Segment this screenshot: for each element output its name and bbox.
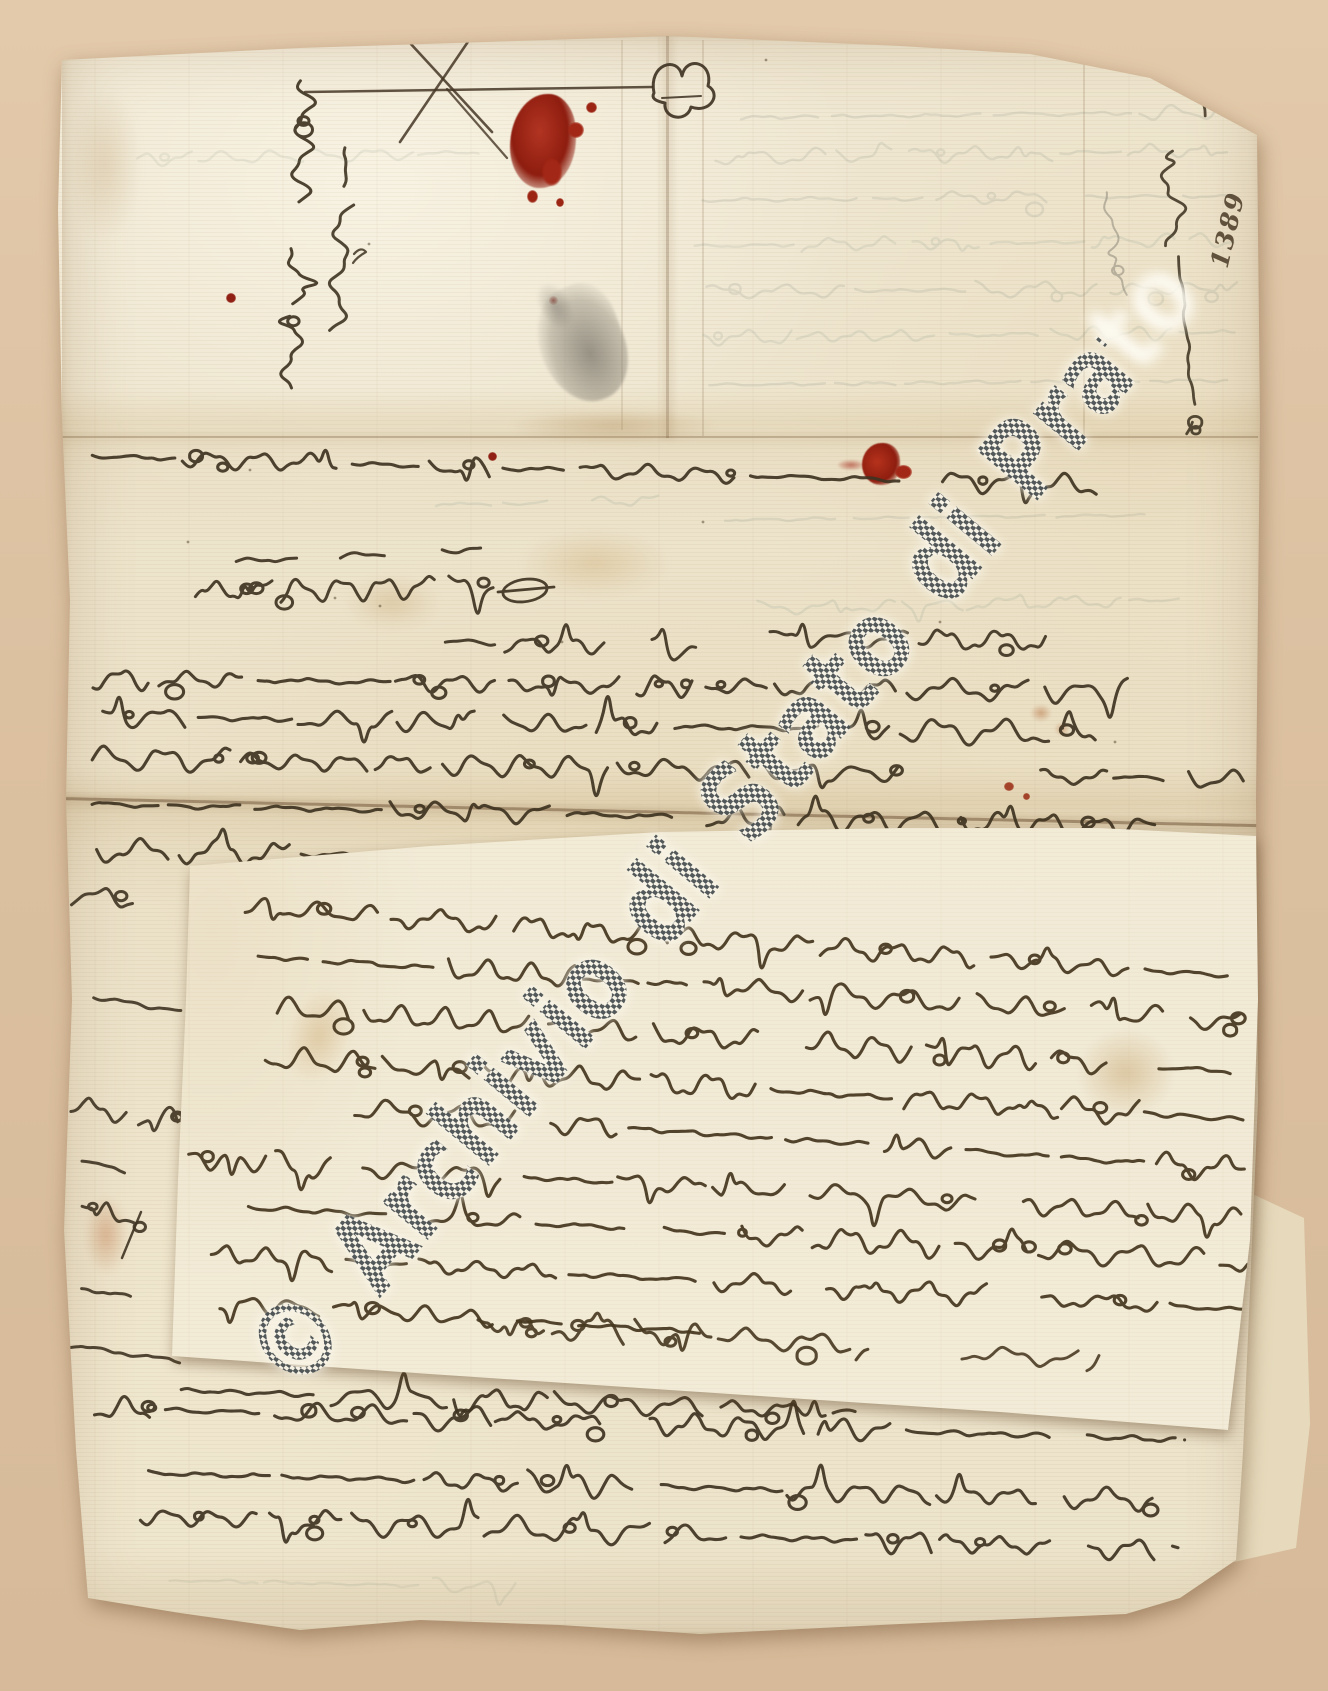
script-stroke <box>189 1151 1241 1238</box>
script-stroke <box>211 1246 1247 1311</box>
script-stroke <box>258 956 1245 1036</box>
script-stroke <box>962 1347 1099 1370</box>
slip-stain <box>150 1360 230 1416</box>
pasted-slip <box>0 0 1328 1691</box>
handwriting-slip <box>0 0 1328 1691</box>
script-stroke <box>248 1195 1247 1271</box>
pasted-slip-wrapper <box>0 0 1328 1691</box>
script-stroke <box>220 1299 700 1334</box>
manuscript-scan: 1389 © Archivio di Stato di Prato © Arch… <box>0 0 1328 1691</box>
script-stroke <box>355 1100 1245 1179</box>
script-stroke <box>277 997 1230 1074</box>
